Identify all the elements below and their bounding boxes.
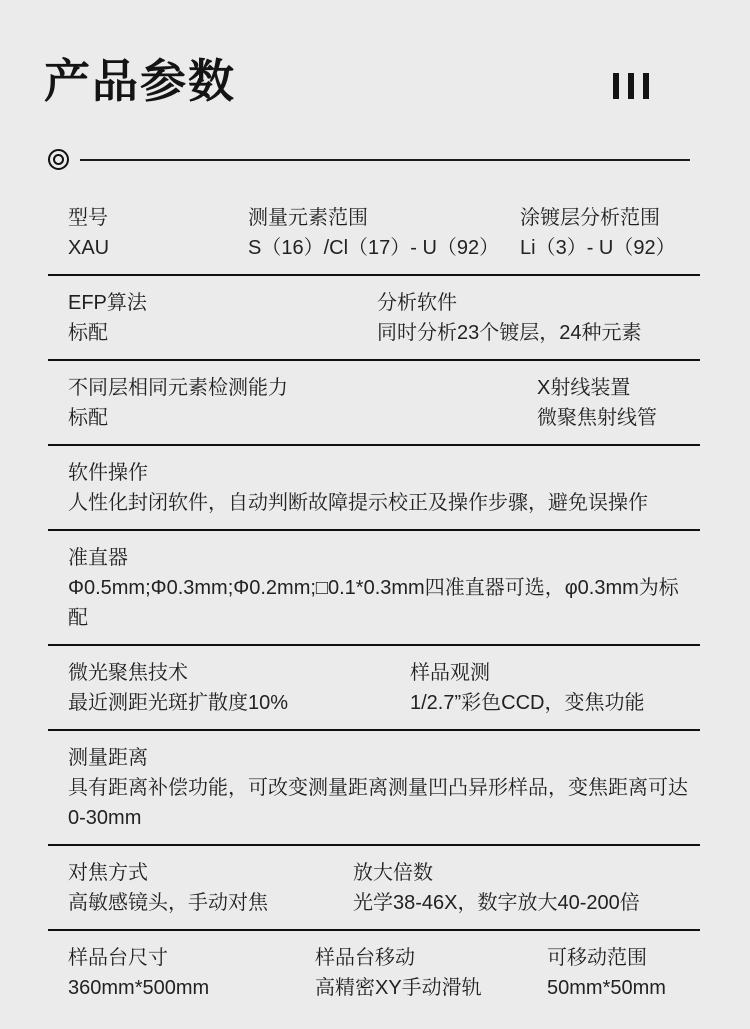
spec-label: 测量元素范围 <box>248 203 499 233</box>
spec-cell: 软件操作 人性化封闭软件，自动判断故障提示校正及操作步骤，避免误操作 <box>48 458 696 518</box>
spec-cell: X射线装置 微聚焦射线管 <box>537 373 657 433</box>
spec-value: Φ0.5mm;Φ0.3mm;Φ0.2mm;□0.1*0.3mm四准直器可选，φ0… <box>68 573 696 633</box>
spec-cell: 涂镀层分析范围 Li（3）- U（92） <box>520 203 676 263</box>
table-row: 样品台尺寸 360mm*500mm 样品台移动 高精密XY手动滑轨 可移动范围 … <box>48 931 700 1014</box>
page-header: 产品参数 <box>0 0 750 105</box>
spec-cell: 样品观测 1/2.7”彩色CCD，变焦功能 <box>410 658 644 718</box>
page-title: 产品参数 <box>44 57 706 105</box>
spec-label: 可移动范围 <box>547 943 666 973</box>
table-row: EFP算法 标配 分析软件 同时分析23个镀层，24种元素 <box>48 276 700 361</box>
table-row: 软件操作 人性化封闭软件，自动判断故障提示校正及操作步骤，避免误操作 <box>48 446 700 531</box>
spec-cell: 可移动范围 50mm*50mm <box>547 943 666 1003</box>
spec-label: 样品台移动 <box>315 943 482 973</box>
spec-cell: 测量元素范围 S（16）/Cl（17）- U（92） <box>248 203 499 263</box>
bullseye-icon <box>48 149 69 170</box>
spec-cell: 测量距离 具有距离补偿功能，可改变测量距离测量凹凸异形样品，变焦距离可达0-30… <box>48 743 696 833</box>
table-row: 准直器 Φ0.5mm;Φ0.3mm;Φ0.2mm;□0.1*0.3mm四准直器可… <box>48 531 700 646</box>
table-row: 对焦方式 高敏感镜头，手动对焦 放大倍数 光学38-46X，数字放大40-200… <box>48 846 700 931</box>
table-row: 测量距离 具有距离补偿功能，可改变测量距离测量凹凸异形样品，变焦距离可达0-30… <box>48 731 700 846</box>
spec-value: 同时分析23个镀层，24种元素 <box>377 318 642 348</box>
spec-table: 型号 XAU 测量元素范围 S（16）/Cl（17）- U（92） 涂镀层分析范… <box>48 191 700 1014</box>
spec-value: 50mm*50mm <box>547 973 666 1003</box>
spec-value: 微聚焦射线管 <box>537 403 657 433</box>
spec-cell: 分析软件 同时分析23个镀层，24种元素 <box>377 288 642 348</box>
spec-label: X射线装置 <box>537 373 657 403</box>
spec-value: 光学38-46X，数字放大40-200倍 <box>353 888 640 918</box>
rule-line <box>80 159 690 161</box>
spec-cell: 放大倍数 光学38-46X，数字放大40-200倍 <box>353 858 640 918</box>
spec-label: 样品观测 <box>410 658 644 688</box>
spec-cell: 样品台移动 高精密XY手动滑轨 <box>315 943 482 1003</box>
spec-cell: 准直器 Φ0.5mm;Φ0.3mm;Φ0.2mm;□0.1*0.3mm四准直器可… <box>48 543 696 633</box>
triple-bar-icon <box>613 73 649 99</box>
spec-label: 测量距离 <box>68 743 696 773</box>
spec-value: 高精密XY手动滑轨 <box>315 973 482 1003</box>
spec-value: 具有距离补偿功能，可改变测量距离测量凹凸异形样品，变焦距离可达0-30mm <box>68 773 696 833</box>
table-row: 微光聚焦技术 最近测距光斑扩散度10% 样品观测 1/2.7”彩色CCD，变焦功… <box>48 646 700 731</box>
spec-label: 涂镀层分析范围 <box>520 203 676 233</box>
spec-label: 准直器 <box>68 543 696 573</box>
spec-label: 放大倍数 <box>353 858 640 888</box>
section-rule <box>48 149 690 170</box>
table-row: 不同层相同元素检测能力 标配 X射线装置 微聚焦射线管 <box>48 361 700 446</box>
spec-label: 软件操作 <box>68 458 696 488</box>
spec-value: Li（3）- U（92） <box>520 233 676 263</box>
spec-value: S（16）/Cl（17）- U（92） <box>248 233 499 263</box>
table-row: 型号 XAU 测量元素范围 S（16）/Cl（17）- U（92） 涂镀层分析范… <box>48 191 700 276</box>
spec-value: 1/2.7”彩色CCD，变焦功能 <box>410 688 644 718</box>
spec-label: 分析软件 <box>377 288 642 318</box>
spec-value: 人性化封闭软件，自动判断故障提示校正及操作步骤，避免误操作 <box>68 488 696 518</box>
